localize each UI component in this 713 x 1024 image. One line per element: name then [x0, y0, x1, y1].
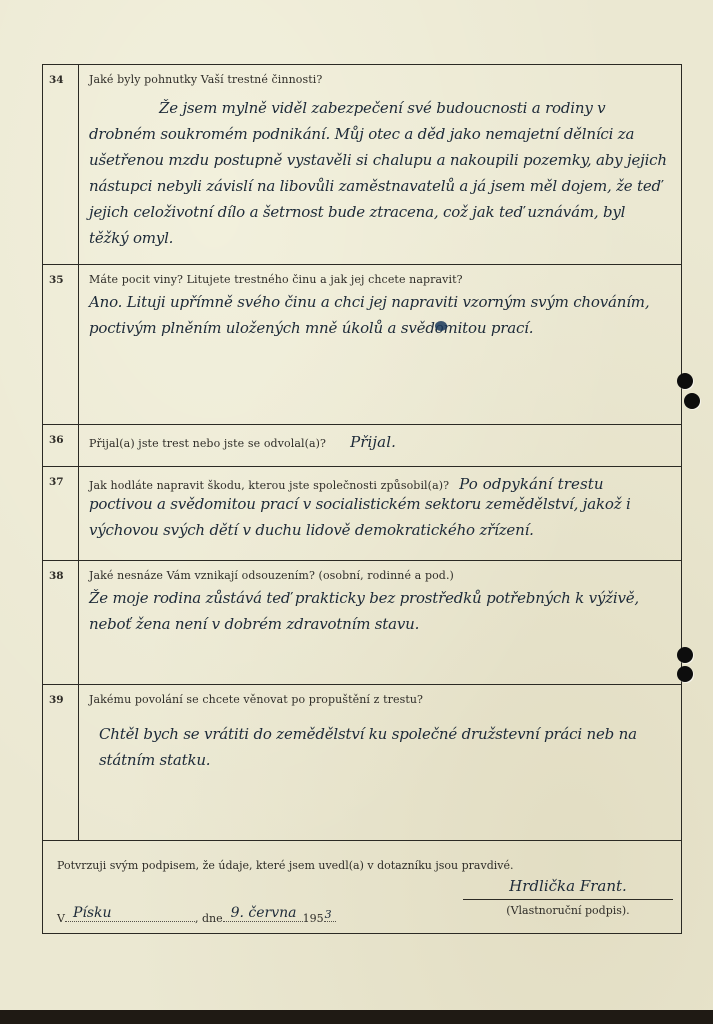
question-row-35: 35 Máte pocit viny? Litujete trestného č… [43, 265, 681, 425]
question-row-36: 36 Přijal(a) jste trest nebo jste se odv… [43, 425, 681, 467]
date-field: 9. června [223, 907, 303, 922]
handwritten-answer: Že jsem mylně viděl zabezpečení své budo… [89, 95, 667, 251]
signature-block: Hrdlička Frant. (Vlastnoruční podpis). [463, 877, 673, 917]
place-date-line: VPísku, dne9. června1953 [57, 907, 336, 925]
date-value: 9. června [231, 905, 297, 921]
year-suffix: 3 [325, 908, 332, 921]
question-number: 34 [49, 74, 64, 86]
question-text: Přijal(a) jste trest nebo jste se odvola… [89, 433, 396, 451]
punch-hole-icon [684, 393, 700, 409]
questionnaire-form: 34 Jaké byly pohnutky Vaší trestné činno… [42, 64, 682, 934]
place-value: Písku [73, 905, 112, 921]
handwritten-answer: Chtěl bych se vrátiti do zemědělství ku … [99, 721, 667, 773]
question-row-37: 37 Jak hodláte napravit škodu, kterou js… [43, 467, 681, 561]
question-text: Jaké byly pohnutky Vaší trestné činnosti… [89, 73, 322, 86]
handwritten-answer: Přijal. [350, 433, 396, 451]
question-number: 35 [49, 274, 64, 286]
signature-section: Potvrzuji svým podpisem, že údaje, které… [43, 841, 681, 935]
place-field: Písku [65, 907, 195, 922]
punch-hole-icon [677, 666, 693, 682]
date-prefix: , dne [195, 912, 223, 925]
year-field: 3 [324, 907, 336, 922]
number-column: 39 [43, 685, 79, 840]
ink-blot [435, 321, 447, 331]
place-prefix: V [57, 912, 65, 925]
question-number: 36 [49, 434, 64, 446]
punch-hole-icon [677, 373, 693, 389]
handwritten-answer: Ano. Lituji upřímně svého činu a chci je… [89, 289, 667, 341]
confirmation-statement: Potvrzuji svým podpisem, že údaje, které… [57, 859, 514, 872]
punch-hole-icon [677, 647, 693, 663]
question-row-34: 34 Jaké byly pohnutky Vaší trestné činno… [43, 65, 681, 265]
question-label: Přijal(a) jste trest nebo jste se odvola… [89, 437, 326, 450]
paper-sheet: 34 Jaké byly pohnutky Vaší trestné činno… [0, 0, 713, 1012]
signature: Hrdlička Frant. [463, 877, 673, 900]
scan-background-edge [0, 1010, 713, 1024]
question-row-39: 39 Jakému povolání se chcete věnovat po … [43, 685, 681, 841]
handwritten-answer: Že moje rodina zůstává teď prakticky bez… [89, 585, 667, 637]
number-column: 35 [43, 265, 79, 424]
question-text: Máte pocit viny? Litujete trestného činu… [89, 273, 463, 286]
question-text: Jakému povolání se chcete věnovat po pro… [89, 693, 423, 706]
question-number: 37 [49, 476, 64, 488]
number-column: 38 [43, 561, 79, 684]
question-text: Jaké nesnáze Vám vznikají odsouzením? (o… [89, 569, 454, 582]
handwritten-answer: poctivou a svědomitou prací v socialisti… [89, 491, 667, 543]
number-column: 34 [43, 65, 79, 264]
signature-caption: (Vlastnoruční podpis). [463, 904, 673, 917]
number-column: 36 [43, 425, 79, 466]
question-number: 39 [49, 694, 64, 706]
year-prefix: 195 [303, 912, 324, 925]
question-number: 38 [49, 570, 64, 582]
question-row-38: 38 Jaké nesnáze Vám vznikají odsouzením?… [43, 561, 681, 685]
number-column: 37 [43, 467, 79, 560]
